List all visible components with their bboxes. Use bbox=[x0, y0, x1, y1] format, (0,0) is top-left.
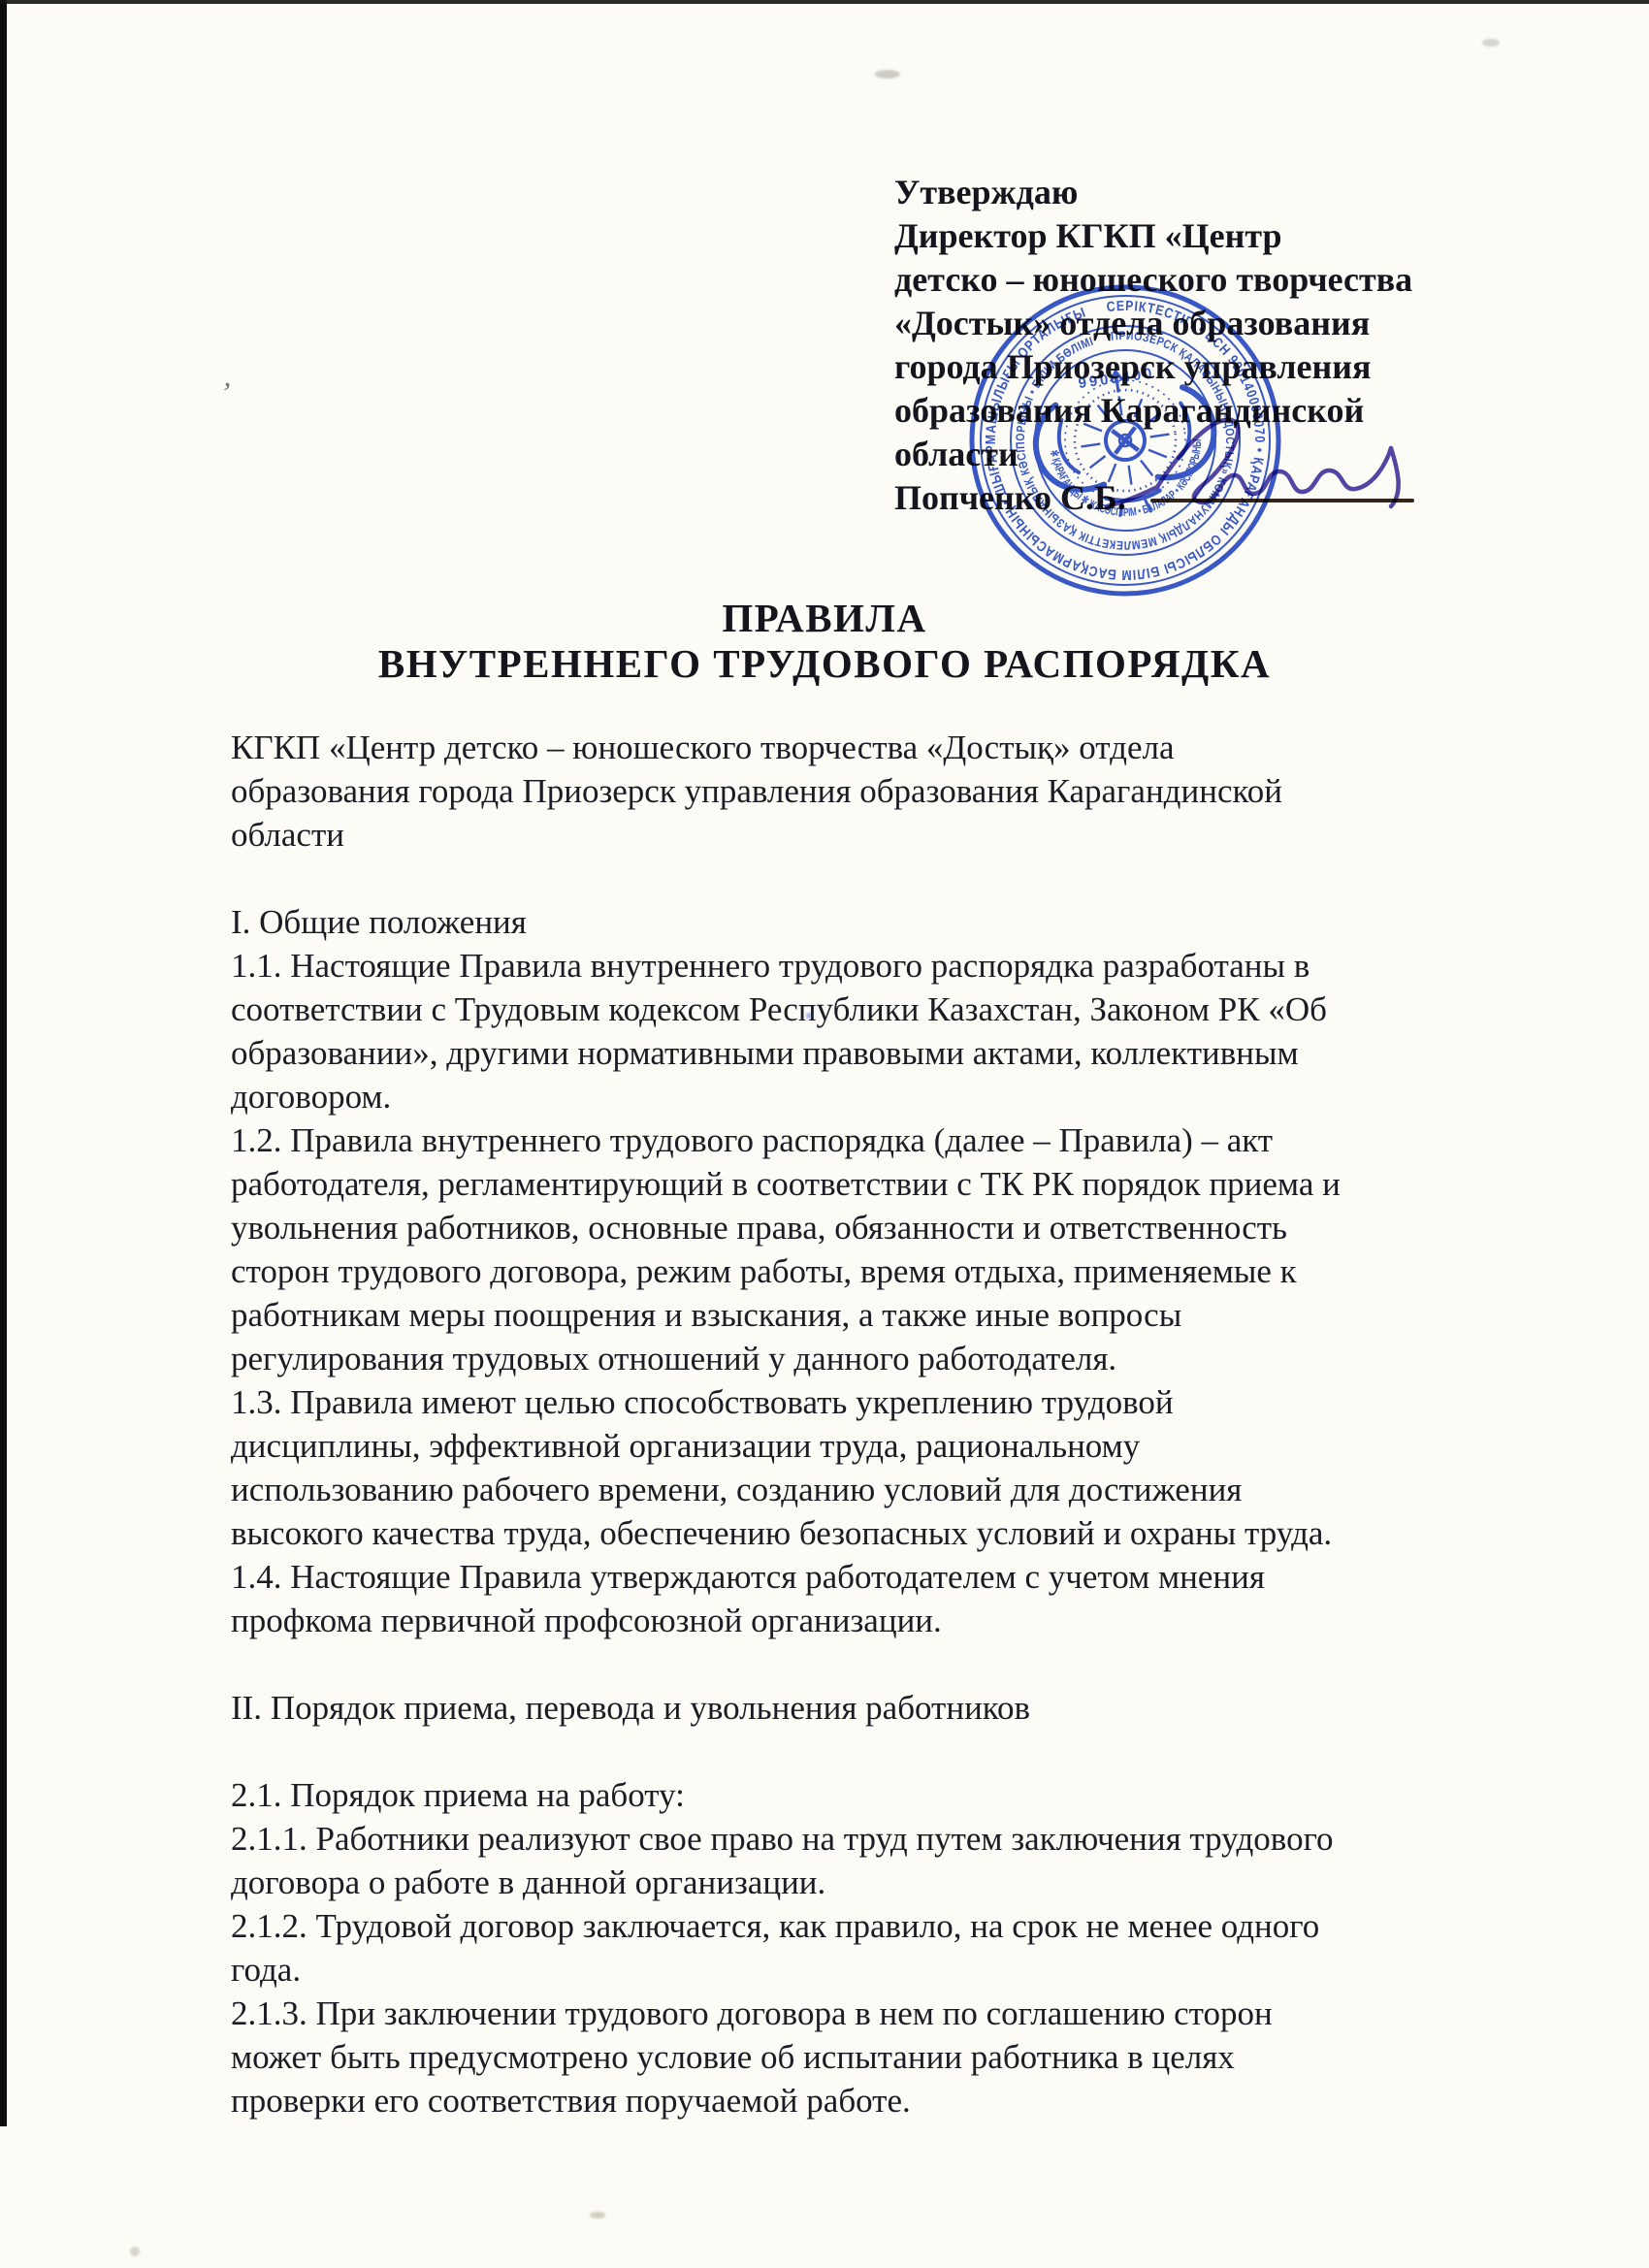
scan-speck bbox=[806, 1013, 812, 1019]
scanned-document-page: Утверждаю Директор КГКП «Центр детско – … bbox=[0, 0, 1649, 2268]
emblem-shanyrak bbox=[1103, 418, 1147, 462]
scan-speck bbox=[590, 2212, 605, 2219]
scan-edge-top bbox=[0, 0, 1649, 4]
document-title: ПРАВИЛА ВНУТРЕННЕГО ТРУДОВОГО РАСПОРЯДКА bbox=[0, 596, 1649, 687]
scan-speck bbox=[130, 2247, 140, 2256]
section-1-body: 1.1. Настоящие Правила внутреннего трудо… bbox=[231, 944, 1618, 1642]
section-2-heading: II. Порядок приема, перевода и увольнени… bbox=[231, 1686, 1618, 1730]
scan-speck bbox=[875, 70, 900, 79]
section-2-body: 2.1. Порядок приема на работу: 2.1.1. Ра… bbox=[231, 1773, 1618, 2122]
signature-tail bbox=[1391, 448, 1399, 506]
title-line-2: ВНУТРЕННЕГО ТРУДОВОГО РАСПОРЯДКА bbox=[0, 641, 1649, 687]
official-stamp: СЕРІКТЕСТІГІ • БСН 990140000070 • ҚАРАҒА… bbox=[946, 261, 1305, 620]
scan-edge-left bbox=[0, 0, 7, 2126]
emblem-wing-right bbox=[1146, 384, 1219, 479]
title-line-1: ПРАВИЛА bbox=[0, 596, 1649, 641]
intro-paragraph: КГКП «Центр детско – юношеского творчест… bbox=[231, 726, 1618, 857]
scan-mark-comma: , bbox=[223, 361, 235, 395]
scan-speck bbox=[1482, 39, 1500, 47]
section-1-heading: I. Общие положения bbox=[231, 900, 1618, 944]
